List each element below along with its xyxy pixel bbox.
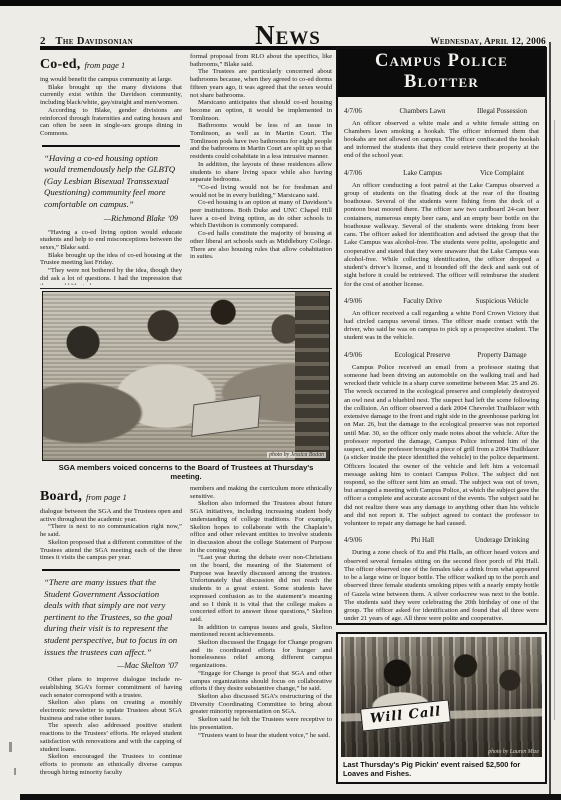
paragraph: According to Blake, gender divisions are… [40, 107, 182, 138]
paragraph: In addition, the layouts of these reside… [190, 161, 332, 184]
photo-bookshelf-detail [295, 292, 329, 460]
blotter-entry-text: An officer conducting a foot patrol at t… [344, 182, 539, 289]
scan-artifact-top [0, 0, 561, 6]
blotter-entry-location: Phi Hall [380, 536, 465, 544]
board-col1-paragraphs-after: Other plans to improve dialogue include … [40, 676, 182, 776]
pull-quote-attribution: —Mac Skelton ’07 [44, 661, 178, 670]
paragraph: Skelton also plans on creating a monthly… [40, 699, 182, 722]
paragraph: dialogue between the SGA and the Trustee… [40, 508, 182, 523]
blotter-entry-text: An officer observed a white male and a w… [344, 120, 539, 161]
scan-artifact-right-line-2 [554, 120, 555, 720]
pig-photo-caption: Last Thursday's Pig Pickin' event raised… [341, 757, 542, 779]
paragraph: Skelton said he felt the Trustees were r… [190, 716, 332, 731]
paragraph: Co-ed halls constitute the majority of h… [190, 230, 332, 261]
board-col2-paragraphs: members and making the curriculum more e… [190, 485, 332, 739]
pull-quote-text: “Having a co-ed housing option would tre… [44, 153, 178, 211]
campus-police-blotter: Campus Police Blotter 4/7/06 Chambers La… [336, 47, 547, 625]
board-col1-paragraphs: dialogue between the SGA and the Trustee… [40, 508, 182, 562]
photo-credit: photo by Lauren Mize [488, 749, 539, 755]
blotter-entry-head: 4/7/06 Lake Campus Vice Complaint [344, 169, 539, 177]
blotter-entry-head: 4/7/06 Chambers Lawn Illegal Possession [344, 107, 539, 115]
coed-col1-paragraphs-after: “Having a co-ed living option would educ… [40, 229, 182, 285]
paragraph: Marsicano anticipates that should co-ed … [190, 99, 332, 122]
blotter-body: 4/7/06 Chambers Lawn Illegal Possession … [338, 97, 545, 625]
blotter-entry-type: Property Damage [465, 351, 539, 359]
blotter-entry: 4/7/06 Chambers Lawn Illegal Possession … [344, 107, 539, 161]
board-article-column-2: members and making the curriculum more e… [190, 485, 332, 797]
sga-photo-caption: SGA members voiced concerns to the Board… [42, 463, 330, 481]
board-article: Board, from page 1 dialogue between the … [40, 485, 332, 797]
blotter-entry-type: Vice Complaint [465, 169, 539, 177]
pig-pickin-photo: Will Call photo by Lauren Mize [341, 637, 542, 757]
photo-credit: photo by Jessica Bodan [267, 452, 326, 458]
coed-col1-paragraphs: ing would benefit the campus community a… [40, 76, 182, 138]
paragraph: Blake brought up the idea of co-ed housi… [40, 252, 182, 267]
board-pull-quote: “There are many issues that the Student … [42, 569, 180, 670]
blotter-entry-date: 4/9/06 [344, 297, 380, 305]
article-jump-line: from page 1 [86, 492, 127, 502]
blotter-entry-text: During a zone check of Eu and Phi Halls,… [344, 549, 539, 623]
paragraph: Blake brought up the many divisions that… [40, 84, 182, 107]
scan-speck [14, 768, 16, 775]
blotter-entry-type: Illegal Possession [465, 107, 539, 115]
pull-quote-attribution: —Richmond Blake ’09 [44, 214, 178, 223]
blotter-entry-type: Suspicious Vehicle [465, 297, 539, 305]
blotter-entry-location: Chambers Lawn [380, 107, 465, 115]
paragraph: “There is next to no communication right… [40, 523, 182, 538]
photo-laptop-detail [191, 394, 261, 436]
blotter-entry-head: 4/9/06 Ecological Preserve Property Dama… [344, 351, 539, 359]
sga-photo-block: photo by Jessica Bodan SGA members voice… [42, 291, 330, 481]
blotter-entry-location: Ecological Preserve [380, 351, 465, 359]
blotter-entry-type: Underage Drinking [465, 536, 539, 544]
paragraph: Skelton proposed that a different commit… [40, 539, 182, 562]
blotter-entry-date: 4/9/06 [344, 536, 380, 544]
paragraph: formal proposal from RLO about the speci… [190, 53, 332, 68]
coed-article: Co-ed, from page 1 ing would benefit the… [40, 53, 332, 285]
paragraph: “Trustees want to hear the student voice… [190, 732, 332, 740]
blotter-entry: 4/9/06 Phi Hall Underage Drinking During… [344, 536, 539, 623]
paragraph: “Engage for Change is proof that SGA and… [190, 670, 332, 693]
article-title-text: Board, [40, 489, 82, 504]
coed-col2-paragraphs: formal proposal from RLO about the speci… [190, 53, 332, 261]
blotter-entry-date: 4/7/06 [344, 107, 380, 115]
paragraph: members and making the curriculum more e… [190, 485, 332, 500]
article-title-text: Co-ed, [40, 57, 80, 72]
blotter-entry-date: 4/9/06 [344, 351, 380, 359]
pig-pickin-photo-block: Will Call photo by Lauren Mize Last Thur… [336, 632, 547, 784]
blotter-entry-date: 4/7/06 [344, 169, 380, 177]
coed-article-title: Co-ed, from page 1 [40, 55, 182, 73]
blotter-entry: 4/9/06 Ecological Preserve Property Dama… [344, 351, 539, 529]
coed-pull-quote: “Having a co-ed housing option would tre… [42, 145, 180, 223]
blotter-entry-location: Lake Campus [380, 169, 465, 177]
blotter-entry: 4/7/06 Lake Campus Vice Complaint An off… [344, 169, 539, 289]
paragraph: “They were not bothered by the idea, tho… [40, 267, 182, 285]
paragraph: Bathrooms would be less of an issue in T… [190, 122, 332, 161]
blotter-entry-text: Campus Police received an email from a p… [344, 364, 539, 529]
newspaper-page: 2 The Davidsonian News Wednesday, April … [0, 0, 561, 800]
blotter-entry-head: 4/9/06 Faculty Drive Suspicious Vehicle [344, 297, 539, 305]
paragraph: Skelton also informed the Trustees about… [190, 500, 332, 554]
coed-article-column-1: Co-ed, from page 1 ing would benefit the… [40, 53, 182, 285]
left-articles-zone: Co-ed, from page 1 ing would benefit the… [40, 53, 332, 797]
blotter-title: Campus Police Blotter [338, 49, 545, 97]
paragraph: The speech also addressed positive stude… [40, 722, 182, 753]
scan-artifact-right-line [549, 42, 551, 794]
paragraph: Other plans to improve dialogue include … [40, 676, 182, 699]
paragraph: Co-ed housing is an option at many of Da… [190, 199, 332, 230]
section-title: News [200, 22, 376, 49]
photo-divider-rule [40, 288, 332, 289]
scan-speck [9, 742, 12, 752]
paragraph: “Co-ed living would not be for freshman … [190, 184, 332, 199]
sga-meeting-photo: photo by Jessica Bodan [42, 291, 330, 461]
paragraph: Skelton discussed the Engage for Change … [190, 639, 332, 670]
paragraph: ing would benefit the campus community a… [40, 76, 182, 84]
paragraph: In addition to campus issues and goals, … [190, 624, 332, 639]
blotter-entry-text: An officer received a call regarding a w… [344, 310, 539, 343]
blotter-entry-location: Faculty Drive [380, 297, 465, 305]
will-call-sign: Will Call [360, 700, 451, 732]
coed-article-column-2: formal proposal from RLO about the speci… [190, 53, 332, 285]
pull-quote-text: “There are many issues that the Student … [44, 577, 178, 658]
masthead: 2 The Davidsonian News Wednesday, April … [40, 22, 546, 49]
paragraph: The Trustees are particularly concerned … [190, 68, 332, 99]
blotter-entry-head: 4/9/06 Phi Hall Underage Drinking [344, 536, 539, 544]
board-article-column-1: Board, from page 1 dialogue between the … [40, 485, 182, 797]
board-article-title: Board, from page 1 [40, 487, 182, 505]
blotter-entry: 4/9/06 Faculty Drive Suspicious Vehicle … [344, 297, 539, 343]
paragraph: Skelton also discussed SGA’s restructuri… [190, 693, 332, 716]
paragraph: “Last year during the debate over non-Ch… [190, 554, 332, 623]
paragraph: Skelton encouraged the Trustees to conti… [40, 753, 182, 776]
article-jump-line: from page 1 [84, 60, 125, 70]
paragraph: “Having a co-ed living option would educ… [40, 229, 182, 252]
